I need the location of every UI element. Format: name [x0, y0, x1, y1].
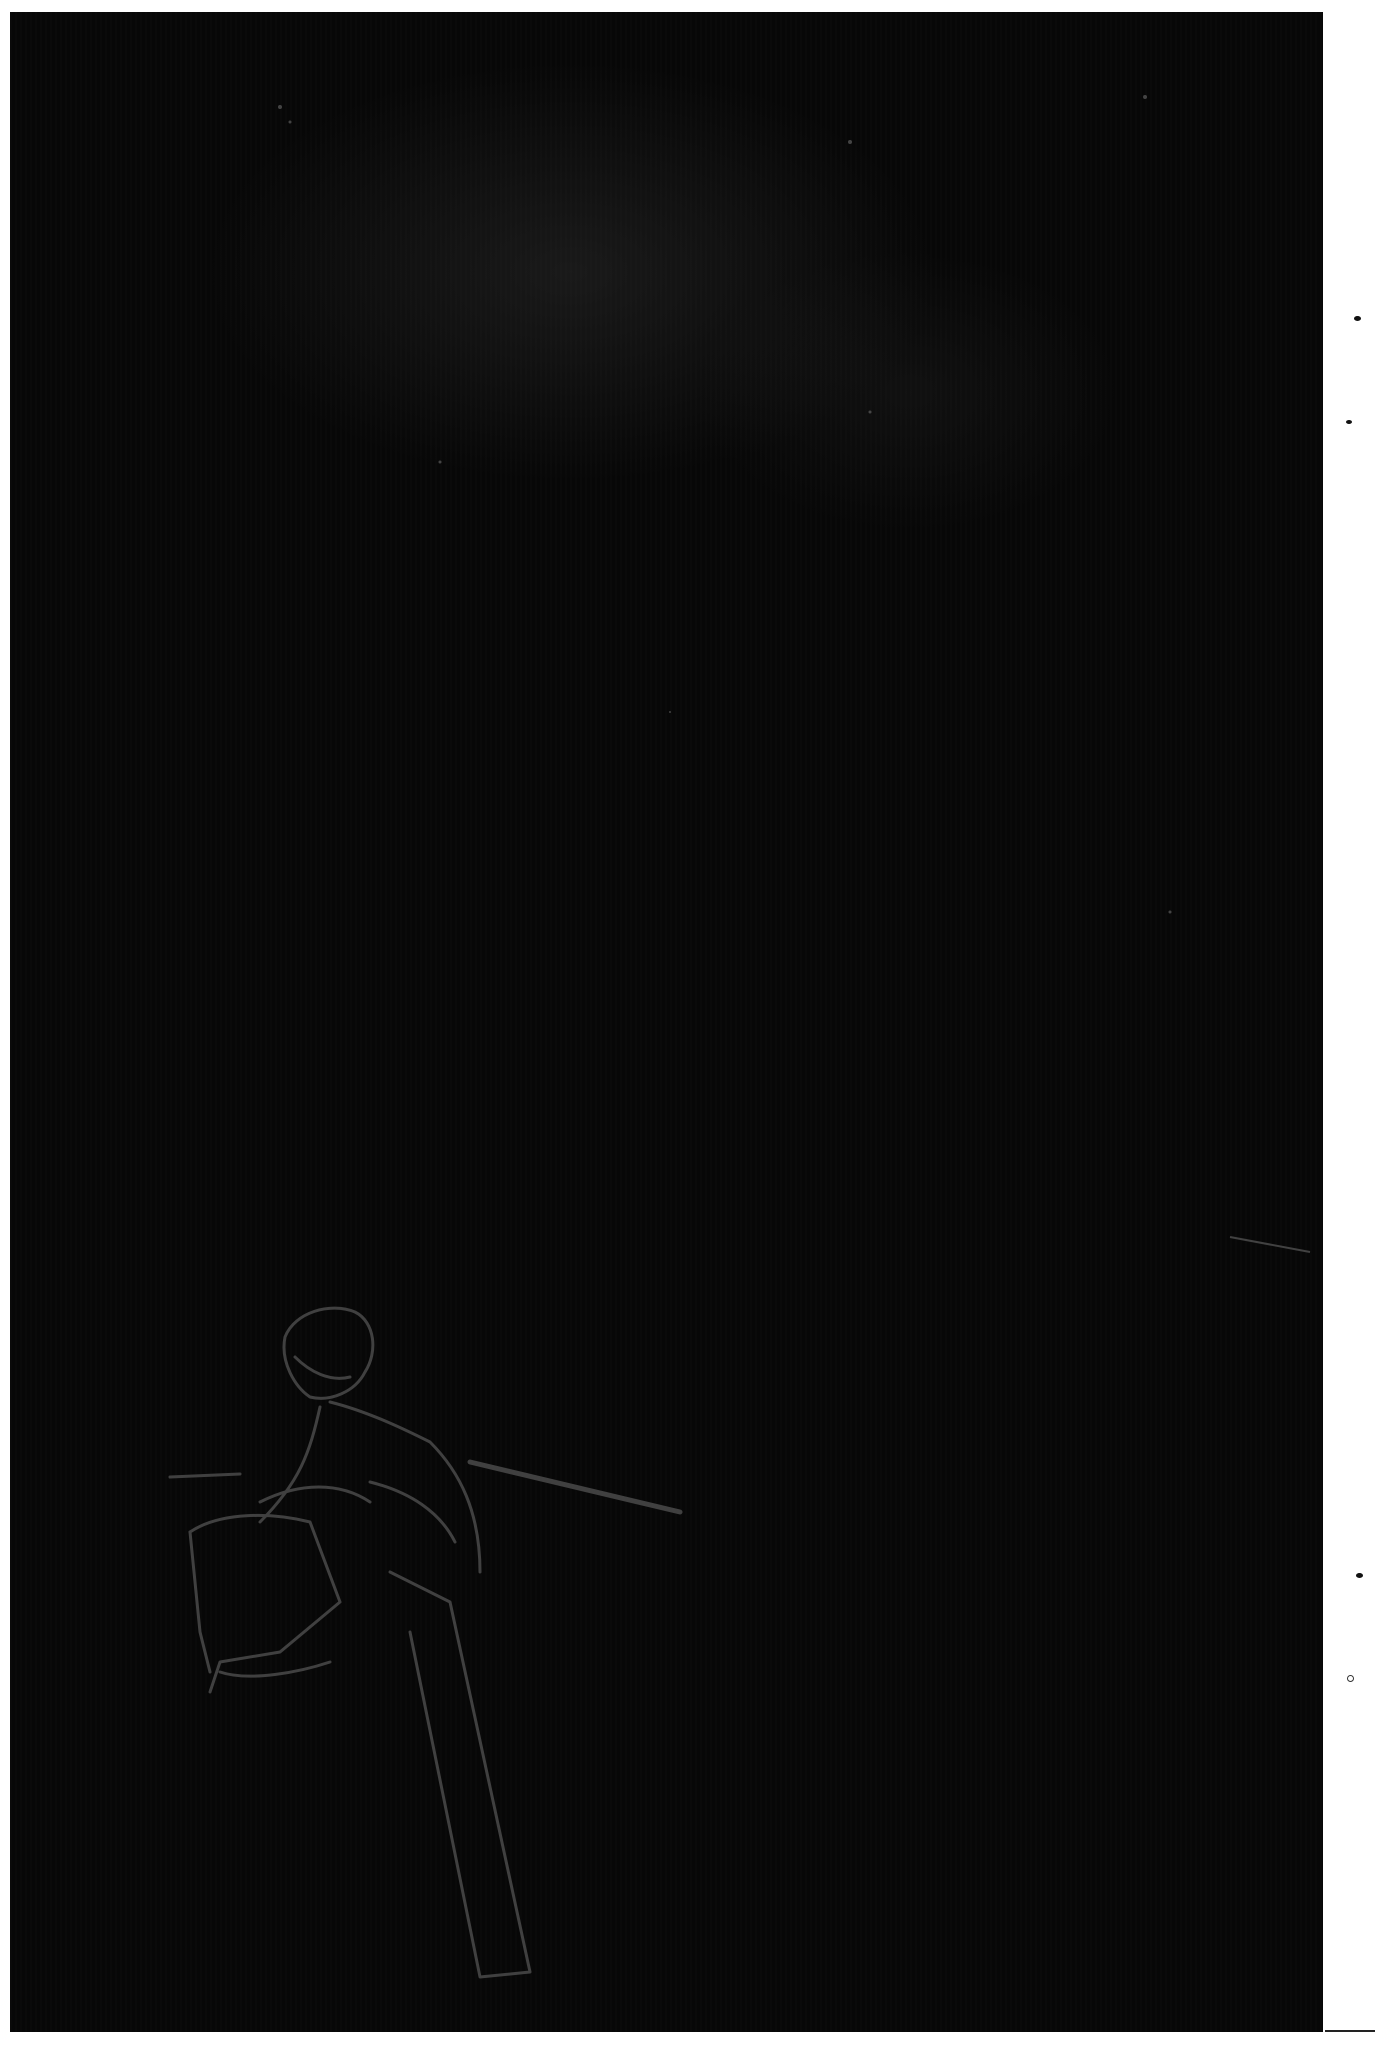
margin-speck: [1346, 420, 1352, 424]
margin-speck: [1347, 1675, 1354, 1682]
figure-sketch: [10, 12, 1323, 2032]
margin-speck: [1354, 316, 1361, 321]
bottom-rule: [1325, 2030, 1375, 2032]
dark-scanned-panel: [10, 12, 1323, 2032]
margin-speck: [1356, 1573, 1363, 1578]
